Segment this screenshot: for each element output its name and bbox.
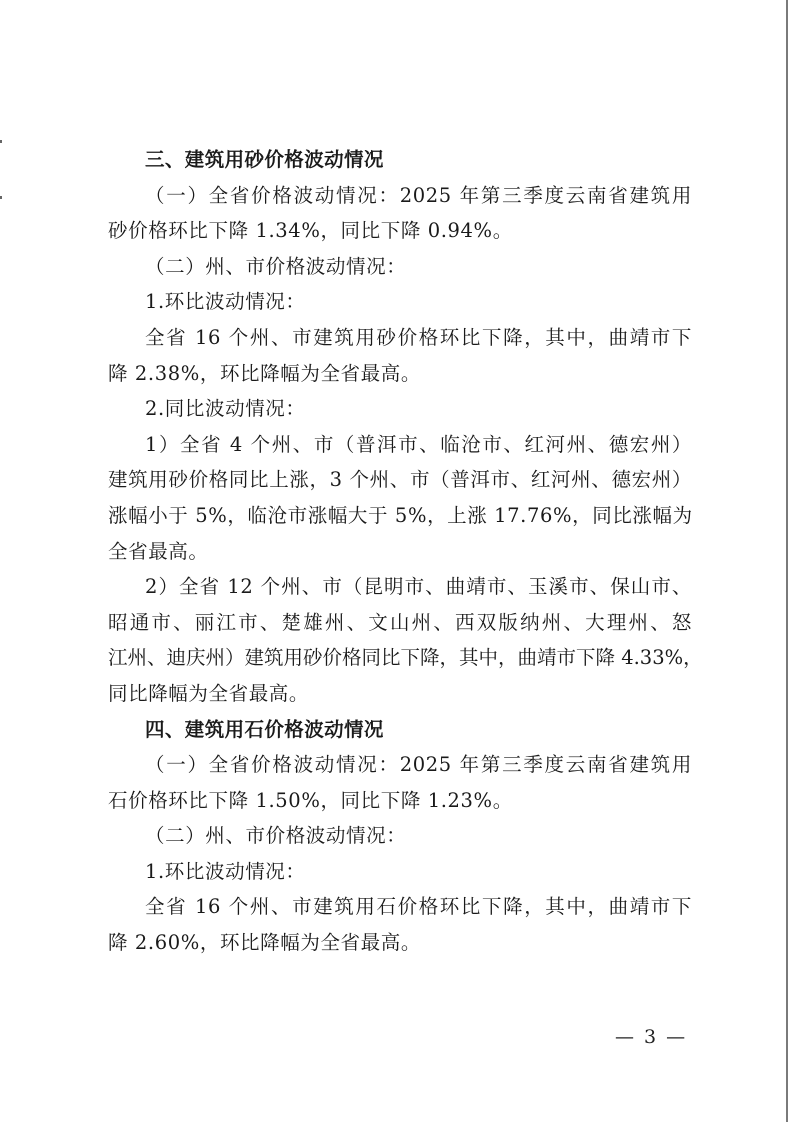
scan-mark (0, 196, 2, 199)
subsection-heading: （二）州、市价格波动情况： (108, 818, 692, 854)
scan-edge-line (786, 0, 788, 1122)
section-heading-stone: 四、建筑用石价格波动情况 (108, 712, 692, 748)
subsection-heading: 2.同比波动情况： (108, 391, 692, 427)
paragraph-line: 全省最高。 (108, 534, 692, 570)
page-number: — 3 — (615, 1026, 687, 1048)
paragraph-line: （一）全省价格波动情况：2025 年第三季度云南省建筑用 (108, 747, 692, 783)
document-body: 三、建筑用砂价格波动情况 （一）全省价格波动情况：2025 年第三季度云南省建筑… (108, 142, 692, 961)
paragraph-line: 1）全省 4 个州、市（普洱市、临沧市、红河州、德宏州） (108, 427, 692, 463)
document-page: 三、建筑用砂价格波动情况 （一）全省价格波动情况：2025 年第三季度云南省建筑… (0, 0, 794, 1122)
paragraph-line: 同比降幅为全省最高。 (108, 676, 692, 712)
paragraph-line: 砂价格环比下降 1.34%，同比下降 0.94%。 (108, 213, 692, 249)
paragraph-line: 全省 16 个州、市建筑用石价格环比下降，其中，曲靖市下 (108, 889, 692, 925)
paragraph-line: 昭通市、丽江市、楚雄州、文山州、西双版纳州、大理州、怒 (108, 605, 692, 641)
paragraph-line: 2）全省 12 个州、市（昆明市、曲靖市、玉溪市、保山市、 (108, 569, 692, 605)
section-heading-sand: 三、建筑用砂价格波动情况 (108, 142, 692, 178)
subsection-heading: 1.环比波动情况： (108, 284, 692, 320)
paragraph-line: 降 2.38%，环比降幅为全省最高。 (108, 356, 692, 392)
subsection-heading: 1.环比波动情况： (108, 854, 692, 890)
paragraph-line: （一）全省价格波动情况：2025 年第三季度云南省建筑用 (108, 178, 692, 214)
paragraph-line: 江州、迪庆州）建筑用砂价格同比下降，其中，曲靖市下降 4.33%， (108, 640, 692, 676)
paragraph-line: 涨幅小于 5%，临沧市涨幅大于 5%，上涨 17.76%，同比涨幅为 (108, 498, 692, 534)
paragraph-line: 降 2.60%，环比降幅为全省最高。 (108, 925, 692, 961)
paragraph-line: 全省 16 个州、市建筑用砂价格环比下降，其中，曲靖市下 (108, 320, 692, 356)
paragraph-line: 建筑用砂价格同比上涨，3 个州、市（普洱市、红河州、德宏州） (108, 462, 692, 498)
paragraph-line: 石价格环比下降 1.50%，同比下降 1.23%。 (108, 783, 692, 819)
scan-mark (0, 140, 2, 143)
subsection-heading: （二）州、市价格波动情况： (108, 249, 692, 285)
